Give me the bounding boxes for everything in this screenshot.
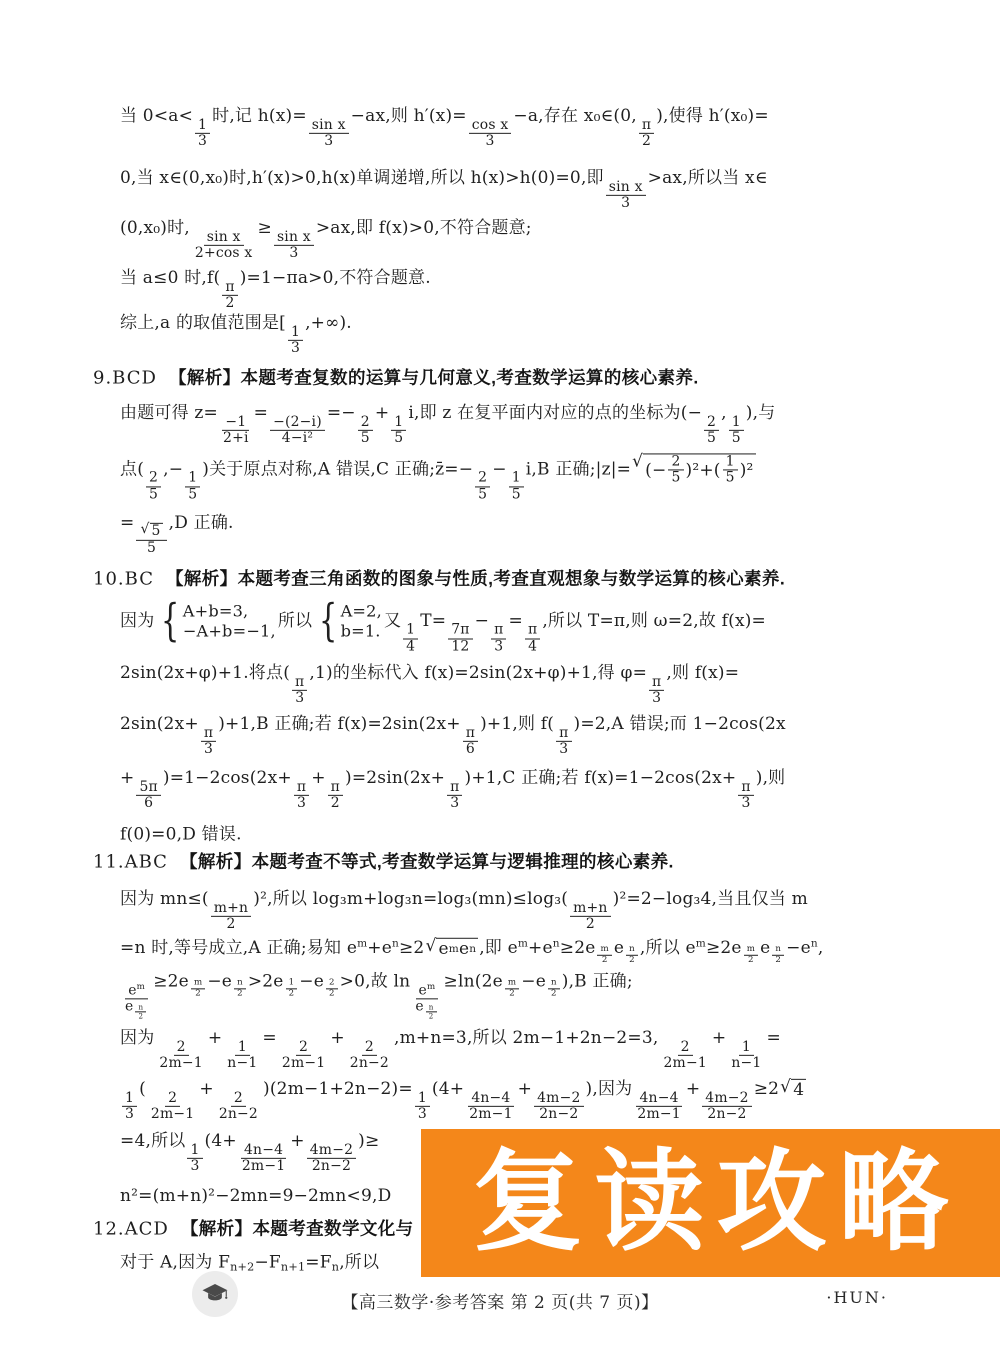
solution-line: 13(22m−1+22n−2)(2m−1+2n−2)=13(4+4n−42m−1… <box>120 1074 807 1122</box>
answer-sheet-page: 当 0<a<13时,记 h(x)=sin x3−ax,则 h′(x)=cos x… <box>0 0 1000 1369</box>
solution-line: =√55,D 正确. <box>120 508 234 556</box>
solution-line: 点(25,−15)关于原点对称,A 错误,C 正确;z̄=−25−15i,B 正… <box>120 453 757 502</box>
solution-line: +5π6)=1−2cos(2x+π3+π2)=2sin(2x+π3)+1,C 正… <box>120 763 785 811</box>
item-number-answer: 10.BC <box>93 569 154 590</box>
watermark-text: 复读攻略 <box>461 1148 961 1258</box>
solution-line: 因为22m−1+1n−1=22m−1+22n−2,m+n=3,所以 2m−1+2… <box>120 1023 781 1071</box>
item-number-answer: 9.BCD <box>93 368 157 389</box>
solution-line: emen2≥2em2−en2>2e12−e22>0,故 lnemen2≥ln(2… <box>120 966 633 1019</box>
item-number-answer: 11.ABC <box>93 852 168 873</box>
solution-line: 当 a≤0 时,f(π2)=1−πa>0,不符合题意. <box>120 263 431 311</box>
solution-line: =4,所以13(4+4n−42m−1+4m−22n−2)≥ <box>120 1126 379 1174</box>
item-analysis-header: 【解析】本题考查复数的运算与几何意义,考查数学运算的核心素养. <box>169 368 699 388</box>
footer-doc-label: 【高三数学·参考答案 第 2 页(共 7 页)】 <box>341 1288 658 1313</box>
answer-item: 11.ABC【解析】本题考查不等式,考查数学运算与逻辑推理的核心素养. <box>93 849 674 874</box>
solution-line: (0,x₀)时,sin x2+cos x≥sin x3>ax,即 f(x)>0,… <box>120 213 532 261</box>
solution-line: 2sin(2x+φ)+1.将点(π3,1)的坐标代入 f(x)=2sin(2x+… <box>120 658 739 706</box>
solution-line: f(0)=0,D 错误. <box>120 820 242 845</box>
item-analysis-header: 【解析】本题考查数学文化与 <box>181 1219 414 1239</box>
item-analysis-header: 【解析】本题考查三角函数的图象与性质,考查直观想象与数学运算的核心素养. <box>166 569 785 589</box>
solution-line: 综上,a 的取值范围是[13,+∞). <box>120 308 352 356</box>
solution-line: 因为 mn≤(m+n2)²,所以 log₃m+log₃n=log₃(mn)≤lo… <box>120 884 808 932</box>
graduation-cap-icon <box>192 1271 238 1317</box>
solution-line: 0,当 x∈(0,x₀)时,h′(x)>0,h(x)单调递增,所以 h(x)>h… <box>120 163 768 211</box>
watermark-banner: 复读攻略 <box>421 1129 1000 1277</box>
solution-line: 当 0<a<13时,记 h(x)=sin x3−ax,则 h′(x)=cos x… <box>120 101 769 149</box>
answer-item: 10.BC【解析】本题考查三角函数的图象与性质,考查直观想象与数学运算的核心素养… <box>93 566 785 591</box>
solution-line: =n 时,等号成立,A 正确;易知 em+en≥2√emen,即 em+en≥2… <box>120 933 823 965</box>
solution-line: 由题可得 z=−12+i=−(2−i)4−i²=−25+15i,即 z 在复平面… <box>120 398 775 446</box>
item-analysis-header: 【解析】本题考查不等式,考查数学运算与逻辑推理的核心素养. <box>180 852 674 872</box>
solution-line: 2sin(2x+π3)+1,B 正确;若 f(x)=2sin(2x+π6)+1,… <box>120 709 786 757</box>
answer-item: 9.BCD【解析】本题考查复数的运算与几何意义,考查数学运算的核心素养. <box>93 365 699 390</box>
item-number-answer: 12.ACD <box>93 1219 169 1240</box>
footer-region-code: ·HUN· <box>826 1288 888 1307</box>
solution-line: 因为{A+b=3,−A+b=−1,所以{A=2,b=1.又14T=7π12−π3… <box>120 602 766 655</box>
page-footer: 【高三数学·参考答案 第 2 页(共 7 页)】 ·HUN· <box>0 1266 1000 1326</box>
answer-item: 12.ACD【解析】本题考查数学文化与 <box>93 1216 414 1241</box>
solution-line: n²=(m+n)²−2mn=9−2mn<9,D <box>120 1186 391 1206</box>
